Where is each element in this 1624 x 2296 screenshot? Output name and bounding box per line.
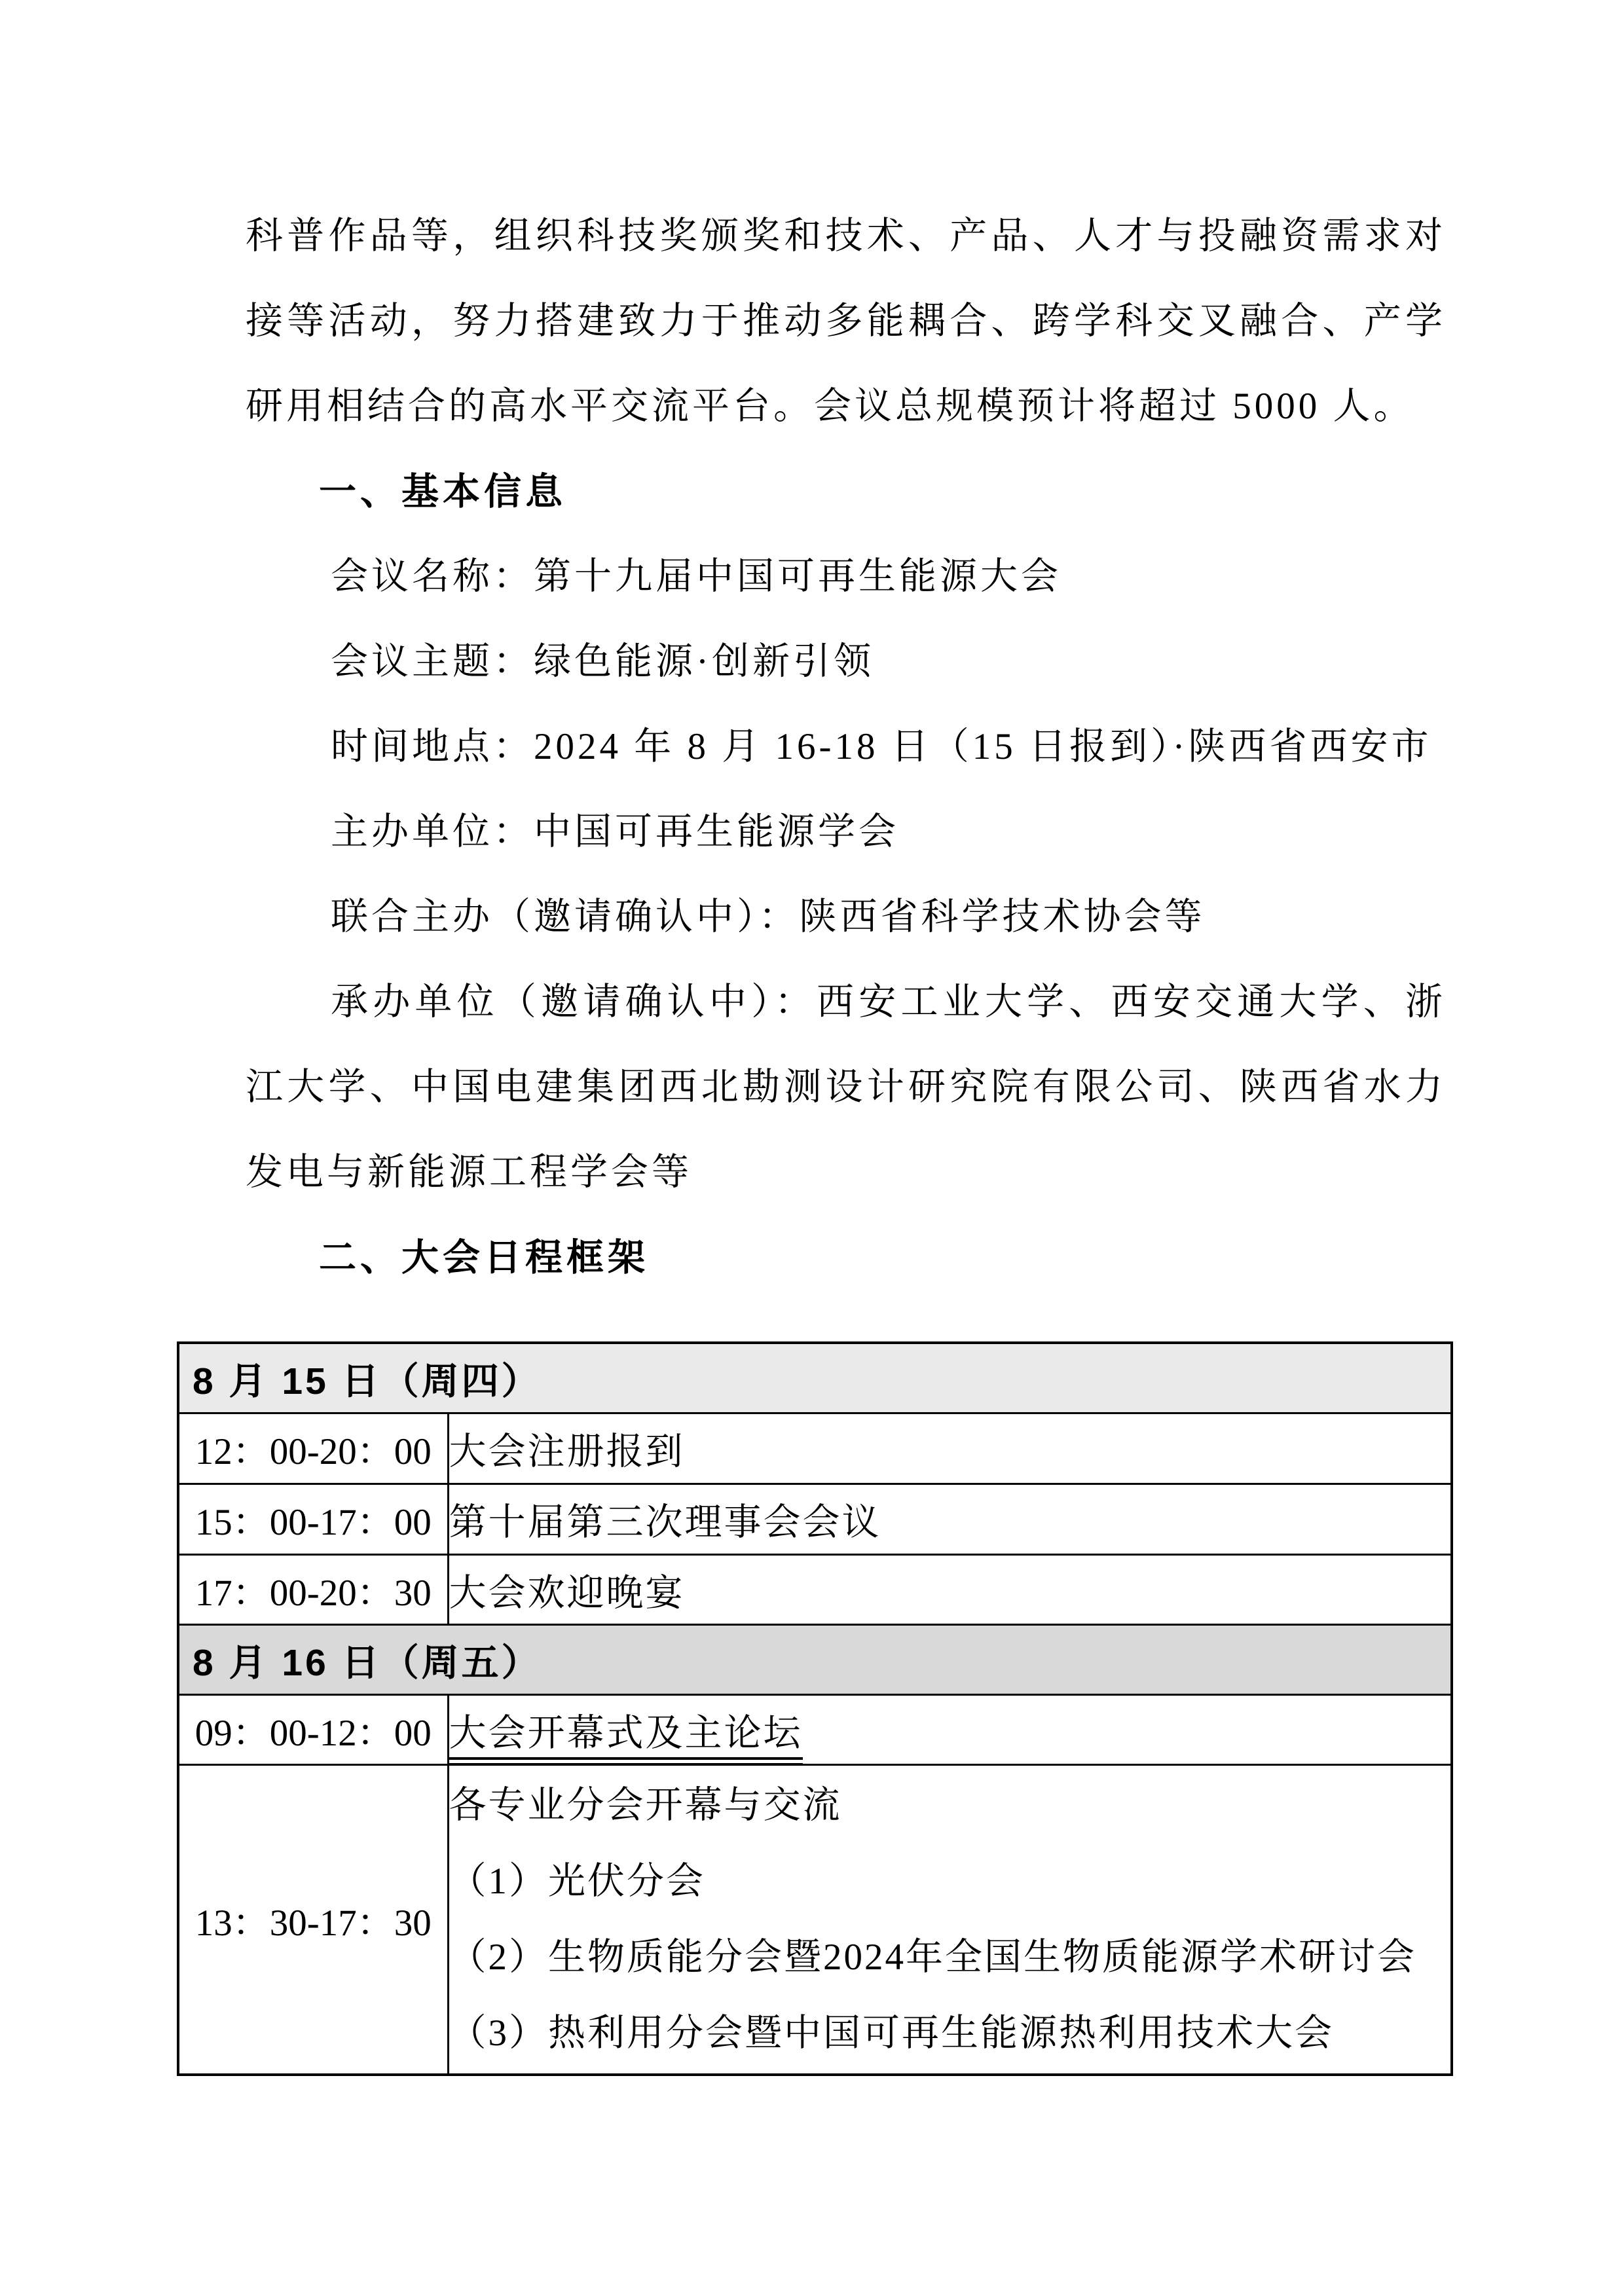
day1-row-registration: 12：00-20：00 大会注册报到 [178, 1413, 1452, 1484]
time-cell: 15：00-17：00 [178, 1484, 448, 1554]
time-cell: 12：00-20：00 [178, 1413, 448, 1484]
branch-session-item-pv: （1）光伏分会 [449, 1844, 1451, 1920]
branch-session-item-thermal: （3）热利用分会暨中国可再生能源热利用技术大会 [449, 1995, 1451, 2071]
paragraph-continuation-line-3: 研用相结合的高水平交流平台。会议总规模预计将超过 5000 人。 [246, 364, 1446, 449]
info-item-conference-name: 会议名称：第十九届中国可再生能源大会 [246, 534, 1446, 619]
schedule-table: 8 月 15 日（周四） 12：00-20：00 大会注册报到 15：00-17… [177, 1341, 1453, 2076]
paragraph-continuation-line-1: 科普作品等，组织科技奖颁奖和技术、产品、人才与投融资需求对 [246, 194, 1446, 279]
day1-row-welcome-banquet: 17：00-20：30 大会欢迎晚宴 [178, 1554, 1452, 1624]
organizer-paragraph-line-2: 江大学、中国电建集团西北勘测设计研究院有限公司、陕西省水力 [246, 1045, 1446, 1130]
day2-header-row: 8 月 16 日（周五） [178, 1624, 1452, 1694]
branch-session-item-biomass: （2）生物质能分会暨2024年全国生物质能源学术研讨会 [449, 1920, 1451, 1995]
time-cell: 17：00-20：30 [178, 1554, 448, 1624]
section-heading-basic-info: 一、基本信息 [246, 449, 1446, 534]
info-item-time-location: 时间地点：2024 年 8 月 16-18 日（15 日报到）·陕西省西安市 [246, 704, 1446, 790]
info-item-co-host: 联合主办（邀请确认中）：陕西省科学技术协会等 [246, 875, 1446, 960]
document-page: 科普作品等，组织科技奖颁奖和技术、产品、人才与投融资需求对 接等活动，努力搭建致… [0, 0, 1624, 2296]
info-item-host-organization: 主办单位：中国可再生能源学会 [246, 790, 1446, 875]
organizer-paragraph-line-1: 承办单位（邀请确认中）：西安工业大学、西安交通大学、浙 [246, 960, 1446, 1045]
event-cell: 大会注册报到 [448, 1413, 1452, 1484]
event-cell: 大会欢迎晚宴 [448, 1554, 1452, 1624]
info-item-conference-theme: 会议主题：绿色能源·创新引领 [246, 619, 1446, 704]
organizer-paragraph-line-3: 发电与新能源工程学会等 [246, 1130, 1446, 1215]
day2-row-branch-sessions: 13：30-17：30 各专业分会开幕与交流 （1）光伏分会 （2）生物质能分会… [178, 1764, 1452, 2075]
section-heading-agenda-framework: 二、大会日程框架 [246, 1215, 1446, 1300]
day1-header-cell: 8 月 15 日（周四） [178, 1343, 1452, 1413]
opening-ceremony-underlined-text: 大会开幕式及主论坛 [449, 1713, 803, 1766]
day1-header-row: 8 月 15 日（周四） [178, 1343, 1452, 1413]
branch-sessions-intro-line: 各专业分会开幕与交流 [449, 1768, 1451, 1844]
event-cell: 大会开幕式及主论坛 [448, 1694, 1452, 1764]
paragraph-continuation-line-2: 接等活动，努力搭建致力于推动多能耦合、跨学科交叉融合、产学 [246, 279, 1446, 364]
time-cell: 09：00-12：00 [178, 1694, 448, 1764]
event-cell: 第十届第三次理事会会议 [448, 1484, 1452, 1554]
body-text: 科普作品等，组织科技奖颁奖和技术、产品、人才与投融资需求对 接等活动，努力搭建致… [246, 194, 1446, 1300]
day2-row-opening-ceremony: 09：00-12：00 大会开幕式及主论坛 [178, 1694, 1452, 1764]
day2-header-cell: 8 月 16 日（周五） [178, 1624, 1452, 1694]
time-cell: 13：30-17：30 [178, 1764, 448, 2075]
event-cell-multiline: 各专业分会开幕与交流 （1）光伏分会 （2）生物质能分会暨2024年全国生物质能… [448, 1764, 1452, 2075]
day1-row-council-meeting: 15：00-17：00 第十届第三次理事会会议 [178, 1484, 1452, 1554]
